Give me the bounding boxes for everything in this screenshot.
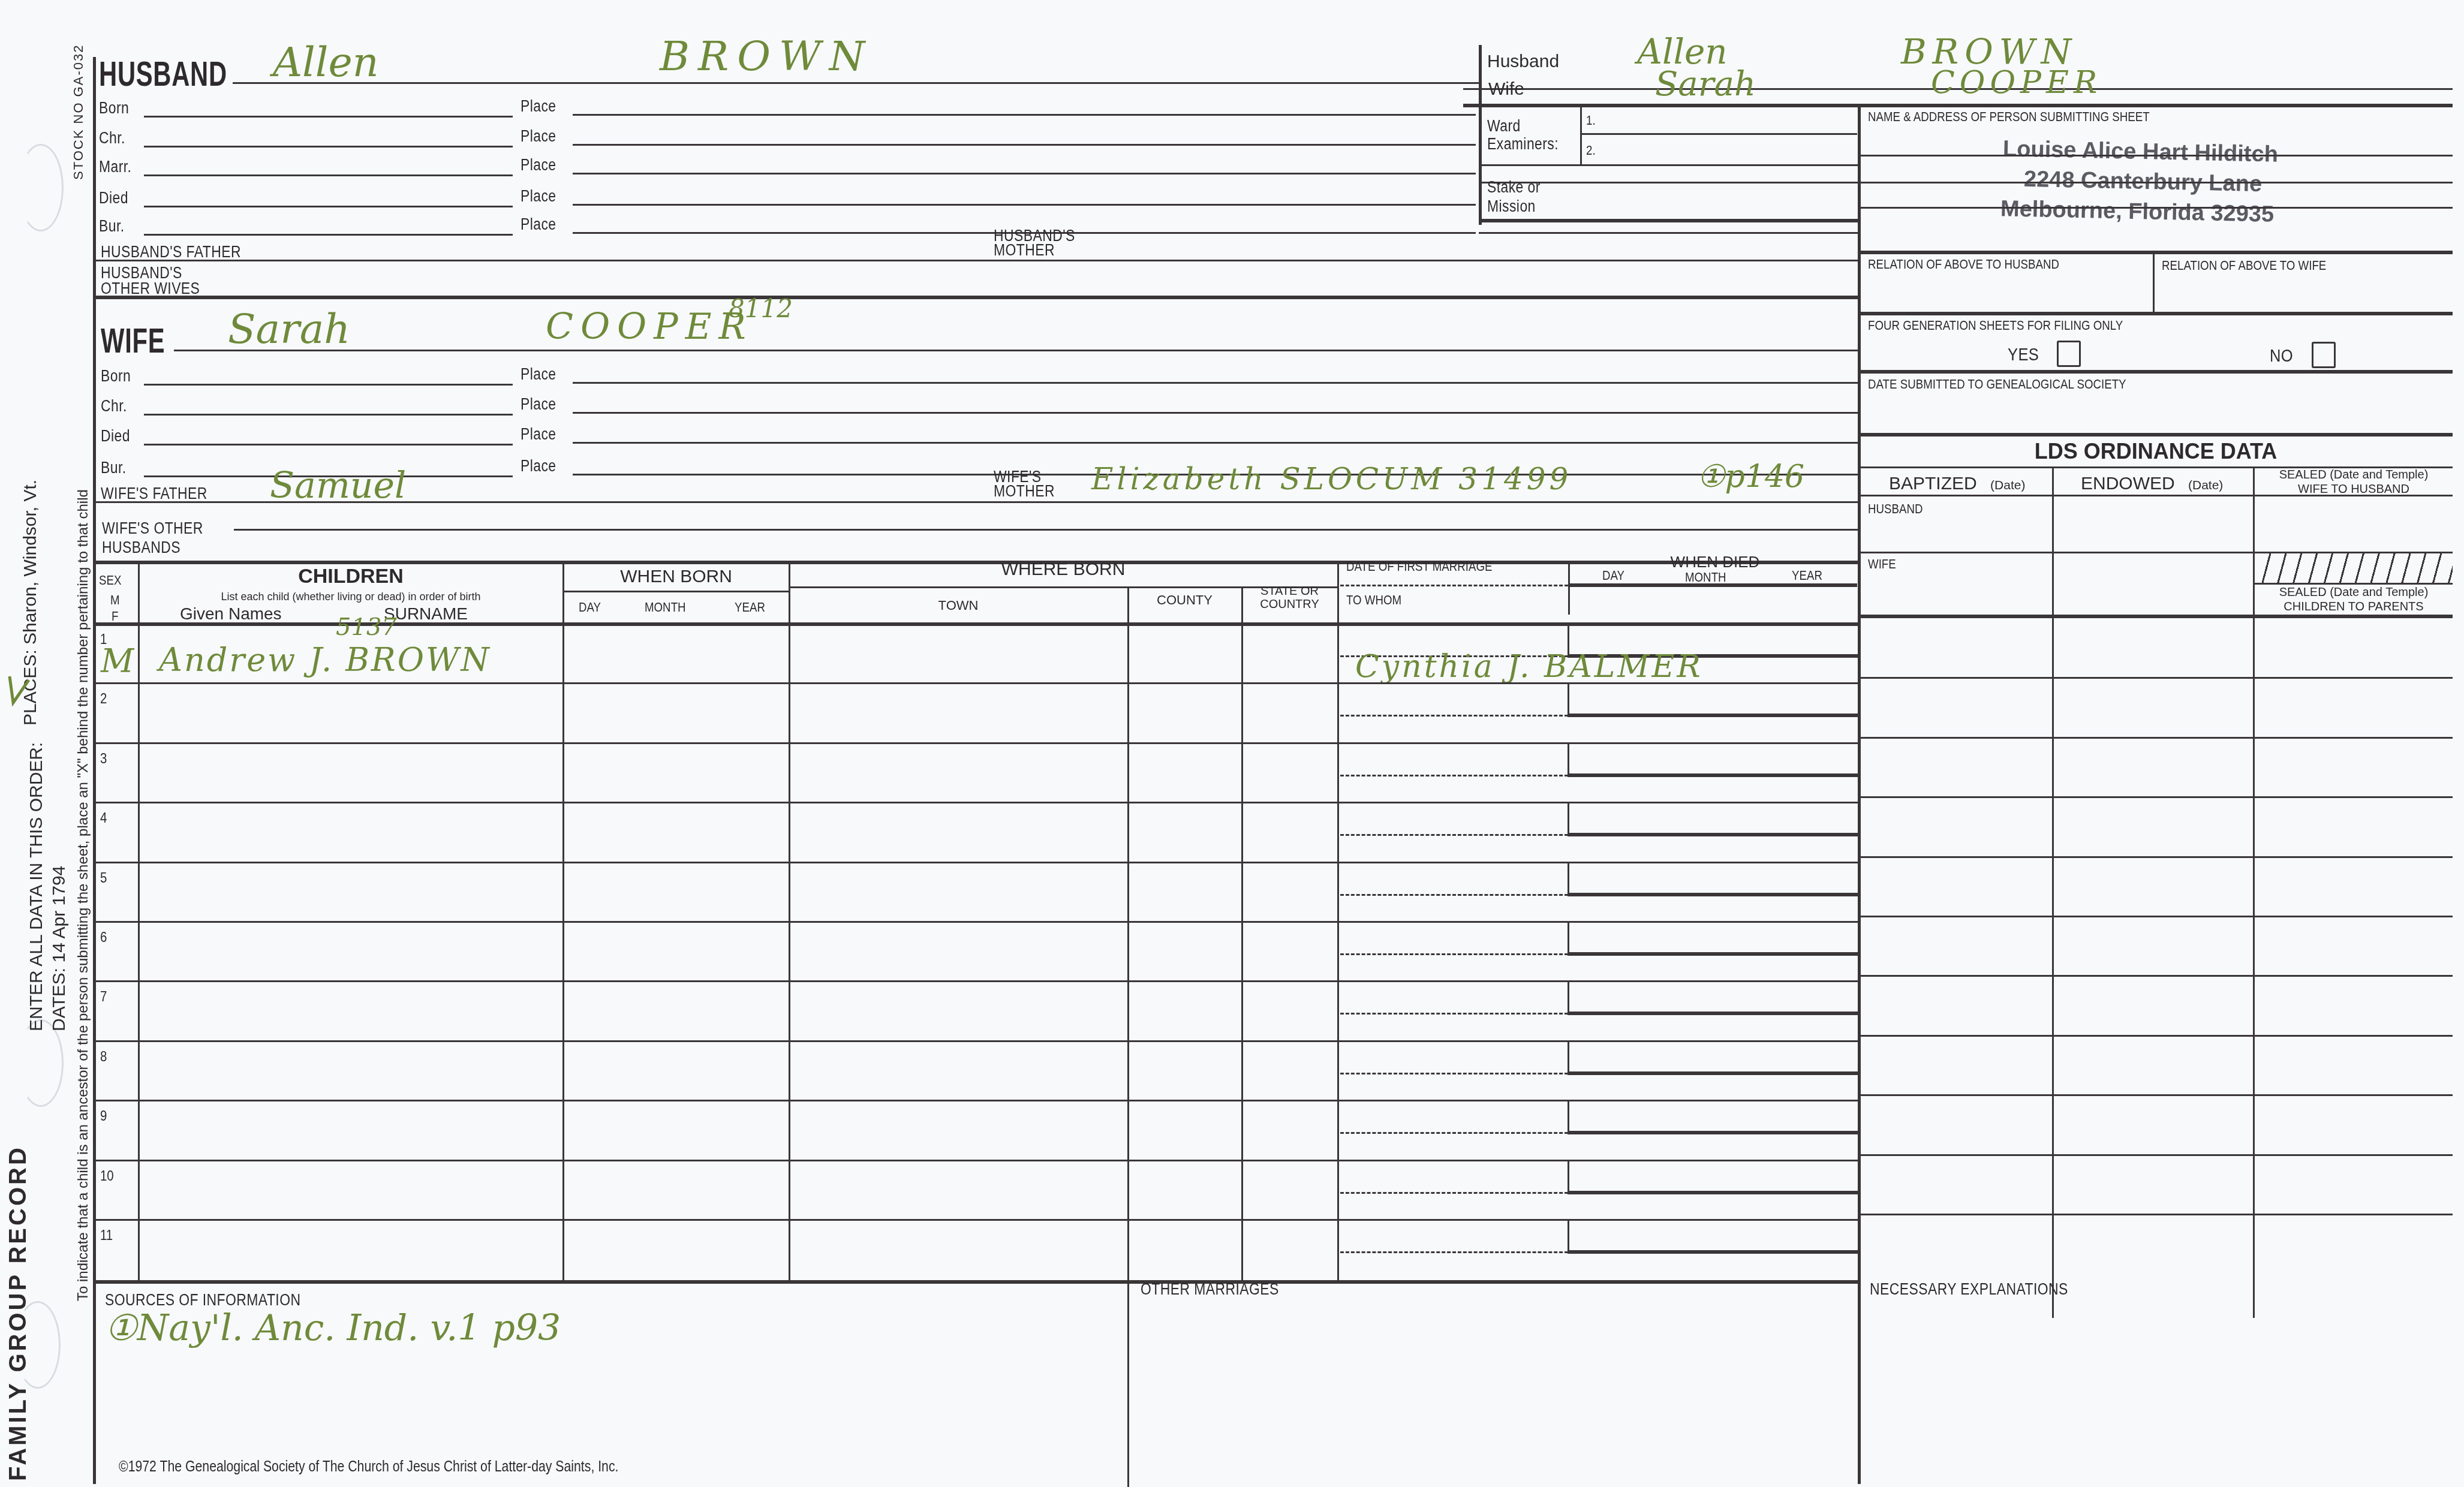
child-name-field[interactable] bbox=[141, 1041, 561, 1098]
child-birth-county-field[interactable] bbox=[1130, 1041, 1239, 1098]
husband-mother-label-2: MOTHER bbox=[994, 241, 1055, 260]
stake-line bbox=[1480, 164, 1858, 166]
child-death-date-field[interactable] bbox=[1571, 1101, 1856, 1130]
husband-event-label: Bur. bbox=[99, 217, 125, 236]
child-marriage-date-field[interactable] bbox=[1340, 684, 1565, 711]
child-birth-county-field[interactable] bbox=[1130, 743, 1239, 800]
no-checkbox[interactable] bbox=[2312, 342, 2336, 368]
wife-other-husbands-field[interactable] bbox=[237, 507, 1856, 555]
submitter-address-field[interactable]: Louise Alice Hart Hilditch 2248 Canterbu… bbox=[1865, 126, 2453, 258]
child-baptized-field[interactable] bbox=[1862, 679, 2049, 734]
husband-surname: BROWN bbox=[660, 33, 873, 80]
child-sex-field[interactable] bbox=[96, 761, 137, 797]
child-birth-date-field[interactable] bbox=[565, 922, 787, 979]
child-marriage-date-field[interactable] bbox=[1340, 1101, 1565, 1128]
husband-event-place-label: Place bbox=[521, 97, 556, 116]
child-sex-field[interactable] bbox=[96, 1179, 137, 1215]
child-birth-state-field[interactable] bbox=[1244, 863, 1335, 920]
child-birth-town-field[interactable] bbox=[792, 624, 1125, 681]
died-year-label: YEAR bbox=[1792, 568, 1822, 583]
child-birth-town-field[interactable] bbox=[792, 1041, 1125, 1098]
yes-label: YES bbox=[2008, 345, 2039, 365]
child-sealed-field[interactable] bbox=[2256, 918, 2450, 973]
child-marriage-date-field[interactable] bbox=[1340, 982, 1565, 1009]
child-baptized-field[interactable] bbox=[1862, 1037, 2049, 1092]
ancestor-instruction: To indicate that a child is an ancestor … bbox=[75, 288, 92, 1301]
child-death-date-field[interactable] bbox=[1571, 982, 1856, 1010]
child-sex-field[interactable]: M bbox=[96, 642, 137, 678]
wife-endowed-field[interactable] bbox=[2056, 554, 2250, 606]
husband-event-place-label: Place bbox=[521, 215, 556, 234]
child-marriage-date-field[interactable] bbox=[1340, 1220, 1565, 1247]
husband-event-place-field[interactable] bbox=[573, 152, 1476, 173]
explanations-label: NECESSARY EXPLANATIONS bbox=[1870, 1280, 2068, 1299]
relation-divider bbox=[2153, 252, 2155, 312]
child-name-field[interactable] bbox=[141, 1220, 561, 1277]
examiner-2-field[interactable] bbox=[1601, 136, 1853, 162]
state-label-1: STATE OR bbox=[1243, 585, 1336, 598]
child-birth-town-field[interactable] bbox=[792, 803, 1125, 860]
child-name-field[interactable] bbox=[141, 1101, 561, 1158]
no-label: NO bbox=[2270, 346, 2293, 366]
husband-event-label: Born bbox=[99, 99, 129, 118]
child-birth-town-field[interactable] bbox=[792, 684, 1125, 741]
stake-label-2: Mission bbox=[1487, 197, 1536, 216]
wife-event-date-field[interactable] bbox=[144, 392, 513, 414]
child-spouse-field[interactable] bbox=[1340, 1194, 1856, 1219]
child-baptized-field[interactable] bbox=[1862, 1097, 2049, 1151]
child-birth-state-field[interactable] bbox=[1244, 982, 1335, 1039]
child-row-line bbox=[96, 742, 1859, 744]
child-endowed-field[interactable] bbox=[2056, 739, 2250, 794]
husband-section-divider bbox=[93, 296, 1859, 299]
child-marriage-date-field[interactable] bbox=[1340, 1041, 1565, 1068]
sealed-children-label-1: SEALED (Date and Temple) bbox=[2255, 585, 2453, 600]
child-birth-state-field[interactable] bbox=[1244, 922, 1335, 979]
baptized-date-label: (Date) bbox=[1990, 478, 2025, 492]
sources-field[interactable]: ①Nay'l. Anc. Ind. v.1 p93 bbox=[99, 1304, 1118, 1466]
wife-mother-field[interactable]: Elizabeth SLOCUM 31499 ①p146 bbox=[1073, 456, 1853, 501]
child-birth-state-field[interactable] bbox=[1244, 684, 1335, 741]
sealed-children-label-2: CHILDREN TO PARENTS bbox=[2255, 600, 2453, 614]
child-row-line bbox=[96, 862, 1859, 863]
child-death-date-field[interactable] bbox=[1571, 684, 1856, 712]
child-sealed-field[interactable] bbox=[2256, 977, 2450, 1032]
husband-event-date-line bbox=[144, 116, 513, 118]
baptized-text: BAPTIZED bbox=[1889, 474, 1977, 493]
child-spouse-field[interactable] bbox=[1340, 1253, 1856, 1278]
child-spouse-field[interactable] bbox=[1340, 1134, 1856, 1159]
husband-event-place-field[interactable] bbox=[573, 123, 1476, 145]
husband-other-wives-field[interactable] bbox=[228, 264, 1847, 294]
child-birth-date-field[interactable] bbox=[565, 982, 787, 1039]
child-sealed-field[interactable] bbox=[2256, 620, 2450, 675]
wife-event-place-label: Place bbox=[521, 365, 556, 384]
lds-row-line bbox=[1859, 737, 2453, 739]
died-divider bbox=[1568, 684, 1569, 715]
relation-wife-field[interactable] bbox=[2159, 270, 2447, 312]
relation-husband-field[interactable] bbox=[1865, 270, 2147, 312]
given-names-label: Given Names bbox=[180, 604, 282, 624]
child-row-line bbox=[96, 1040, 1859, 1042]
explanations-field[interactable] bbox=[1865, 1301, 2453, 1475]
lds-row-line bbox=[1859, 677, 2453, 679]
child-row-line bbox=[96, 1100, 1859, 1101]
wife-event-label: Died bbox=[101, 427, 130, 446]
child-birth-state-field[interactable] bbox=[1244, 624, 1335, 681]
child-baptized-field[interactable] bbox=[1862, 859, 2049, 913]
examiner-divider bbox=[1580, 105, 1582, 165]
child-spouse-field[interactable] bbox=[1340, 1074, 1856, 1100]
child-birth-state-field[interactable] bbox=[1244, 1161, 1335, 1218]
stake-field[interactable] bbox=[1559, 168, 1853, 222]
wife-surname: COOPER bbox=[546, 306, 753, 348]
child-marriage-date-field[interactable] bbox=[1340, 1161, 1565, 1188]
child-marriage-date-field[interactable] bbox=[1340, 922, 1565, 949]
child-marriage-date-field[interactable] bbox=[1340, 863, 1565, 890]
header-wife-given: Sarah bbox=[1655, 65, 1756, 104]
wife-event-place-field[interactable] bbox=[573, 361, 1856, 383]
child-sex-field[interactable] bbox=[96, 702, 137, 738]
child-sealed-field[interactable] bbox=[2256, 1216, 2450, 1271]
wife-name-field[interactable]: Sarah COOPER 8112 bbox=[180, 300, 1853, 348]
child-spouse-field[interactable] bbox=[1340, 717, 1856, 742]
other-marriages-divider bbox=[1127, 1280, 1129, 1487]
four-gen-top-line bbox=[1859, 312, 2453, 315]
child-sealed-field[interactable] bbox=[2256, 1037, 2450, 1092]
submitter-line bbox=[1859, 155, 2453, 156]
child-endowed-field[interactable] bbox=[2056, 1037, 2250, 1092]
husband-event-date-field[interactable] bbox=[144, 184, 513, 206]
wife-heading: WIFE bbox=[101, 321, 165, 361]
header-wife-line bbox=[1463, 104, 2453, 107]
submitter-line bbox=[1859, 182, 2453, 183]
husband-event-place-field[interactable] bbox=[573, 93, 1476, 115]
child-endowed-field[interactable] bbox=[2056, 859, 2250, 913]
submitter-line bbox=[1859, 207, 2453, 209]
husband-baptized-field[interactable] bbox=[1862, 498, 2049, 550]
child-name-field[interactable]: Andrew J. BROWN5137 bbox=[141, 624, 561, 681]
wife-event-place-label: Place bbox=[521, 395, 556, 414]
child-sex-field[interactable] bbox=[96, 1238, 137, 1274]
wife-baptized-field[interactable] bbox=[1862, 554, 2049, 606]
checkmark-icon bbox=[5, 672, 32, 708]
child-sealed-field[interactable] bbox=[2256, 739, 2450, 794]
child-birth-town-field[interactable] bbox=[792, 1161, 1125, 1218]
died-col-divider bbox=[1568, 561, 1570, 615]
binder-hole bbox=[18, 144, 64, 231]
child-birth-date-field[interactable] bbox=[565, 1101, 787, 1158]
lds-row-line bbox=[1859, 796, 2453, 798]
child-birth-town-field[interactable] bbox=[792, 1101, 1125, 1158]
died-divider bbox=[1568, 1220, 1569, 1252]
husband-mother-field[interactable] bbox=[1079, 240, 1853, 259]
wife-event-date-line bbox=[144, 444, 513, 446]
submitter-line-3: Melbourne, Florida 32935 bbox=[2000, 196, 2275, 228]
child-birth-county-field[interactable] bbox=[1130, 1161, 1239, 1218]
wife-mother-note: ①p146 bbox=[1697, 459, 1804, 495]
husband-event-date-line bbox=[144, 206, 513, 207]
sealed-wife-label: SEALED (Date and Temple)WIFE TO HUSBAND bbox=[2255, 468, 2453, 496]
husband-name-field[interactable]: Allen BROWN bbox=[240, 36, 1469, 84]
child-endowed-field[interactable] bbox=[2056, 1157, 2250, 1211]
child-birth-date-field[interactable] bbox=[565, 743, 787, 800]
binder-hole bbox=[18, 1019, 64, 1107]
stock-number: STOCK NO GA-032 bbox=[71, 44, 86, 180]
child-birth-county-field[interactable] bbox=[1130, 1101, 1239, 1158]
child-id-number: 5137 bbox=[336, 613, 397, 641]
child-endowed-field[interactable] bbox=[2056, 1097, 2250, 1151]
child-baptized-field[interactable] bbox=[1862, 739, 2049, 794]
examiner-line bbox=[1581, 133, 1857, 135]
husband-event-date-line bbox=[144, 146, 513, 148]
died-divider bbox=[1568, 743, 1569, 775]
child-sex-field[interactable] bbox=[96, 1059, 137, 1095]
wife-name-line bbox=[174, 350, 1859, 351]
header-husband-label: Husband bbox=[1487, 52, 1559, 72]
child-row-line bbox=[96, 1160, 1859, 1161]
submitter-label: NAME & ADDRESS OF PERSON SUBMITTING SHEE… bbox=[1868, 109, 2150, 125]
child-birth-date-field[interactable] bbox=[565, 684, 787, 741]
husband-father-field[interactable] bbox=[276, 240, 989, 259]
child-sealed-field[interactable] bbox=[2256, 1097, 2450, 1151]
husband-event-date-field[interactable] bbox=[144, 124, 513, 146]
date-submitted-field[interactable] bbox=[1865, 393, 2447, 429]
child-birth-county-field[interactable] bbox=[1130, 624, 1239, 681]
husband-event-label: Died bbox=[99, 189, 128, 207]
husband-event-date-field[interactable] bbox=[144, 94, 513, 116]
wife-other-husbands-label-1: WIFE'S OTHER bbox=[102, 519, 203, 538]
wife-event-date-line bbox=[144, 414, 513, 416]
husband-event-date-line bbox=[144, 174, 513, 176]
child-birth-county-field[interactable] bbox=[1130, 1220, 1239, 1277]
hatch-bottom-line bbox=[2255, 583, 2453, 585]
child-sealed-field[interactable] bbox=[2256, 859, 2450, 913]
when-born-label: WHEN BORN bbox=[564, 567, 789, 587]
sources-text: ①Nay'l. Anc. Ind. v.1 p93 bbox=[105, 1307, 561, 1349]
child-birth-date-field[interactable] bbox=[565, 624, 787, 681]
child-row-line bbox=[96, 980, 1859, 982]
died-divider bbox=[1568, 803, 1569, 835]
child-endowed-field[interactable] bbox=[2056, 620, 2250, 675]
child-row-line bbox=[96, 921, 1859, 923]
wife-event-label: Chr. bbox=[101, 397, 127, 416]
child-birth-town-field[interactable] bbox=[792, 863, 1125, 920]
sex-m-label: M bbox=[110, 592, 120, 608]
examiner-1-label: 1. bbox=[1586, 113, 1596, 128]
child-sex-field[interactable] bbox=[96, 940, 137, 976]
wife-father-name: Samuel bbox=[270, 465, 406, 507]
child-death-date-field[interactable] bbox=[1571, 1161, 1856, 1190]
order-instruction: ENTER ALL DATA IN THIS ORDER: bbox=[26, 742, 47, 1031]
child-birth-state-field[interactable] bbox=[1244, 1220, 1335, 1277]
wife-event-place-field[interactable] bbox=[573, 391, 1856, 413]
child-sex-field[interactable] bbox=[96, 1000, 137, 1036]
wife-father-field[interactable]: Samuel bbox=[264, 462, 983, 504]
child-sealed-field[interactable] bbox=[2256, 799, 2450, 853]
child-spouse-field[interactable] bbox=[1340, 776, 1856, 802]
wife-event-place-field[interactable] bbox=[573, 421, 1856, 443]
husband-event-date-field[interactable] bbox=[144, 212, 513, 234]
child-birth-town-field[interactable] bbox=[792, 1220, 1125, 1277]
child-spouse-field[interactable] bbox=[1340, 896, 1856, 921]
child-name-field[interactable] bbox=[141, 743, 561, 800]
child-name: Andrew J. BROWN bbox=[159, 641, 491, 679]
county-label: COUNTY bbox=[1129, 592, 1240, 608]
lds-children-top-line bbox=[1859, 615, 2453, 618]
child-name-field[interactable] bbox=[141, 684, 561, 741]
sealed-wife-field[interactable] bbox=[2256, 498, 2450, 550]
first-marriage-label: DATE OF FIRST MARRIAGE bbox=[1346, 559, 1492, 574]
child-birth-county-field[interactable] bbox=[1130, 922, 1239, 979]
form-title: FAMILY GROUP RECORD bbox=[6, 1391, 30, 1481]
header-wife-label: Wife bbox=[1488, 79, 1524, 100]
child-row-line bbox=[96, 682, 1859, 684]
child-death-date-field[interactable] bbox=[1571, 922, 1856, 951]
child-death-date-field[interactable] bbox=[1571, 1041, 1856, 1070]
died-divider bbox=[1568, 863, 1569, 895]
child-spouse-field[interactable] bbox=[1340, 1015, 1856, 1040]
date-submitted-label: DATE SUBMITTED TO GENEALOGICAL SOCIETY bbox=[1868, 377, 2126, 392]
header-wife-surname: COOPER bbox=[1931, 65, 2102, 101]
child-birth-state-field[interactable] bbox=[1244, 743, 1335, 800]
child-spouse-field[interactable]: Cynthia J. BALMER bbox=[1340, 657, 1856, 682]
yes-checkbox[interactable] bbox=[2057, 341, 2081, 367]
child-birth-county-field[interactable] bbox=[1130, 982, 1239, 1039]
child-name-field[interactable] bbox=[141, 1161, 561, 1218]
child-sealed-field[interactable] bbox=[2256, 679, 2450, 734]
child-marriage-date-field[interactable] bbox=[1340, 624, 1565, 651]
lds-title: LDS ORDINANCE DATA bbox=[1859, 439, 2453, 464]
husband-event-date-field[interactable] bbox=[144, 153, 513, 174]
child-name-field[interactable] bbox=[141, 982, 561, 1039]
child-birth-date-field[interactable] bbox=[565, 1220, 787, 1277]
child-baptized-field[interactable] bbox=[1862, 977, 2049, 1032]
lds-row-line bbox=[1859, 856, 2453, 858]
died-divider bbox=[1568, 922, 1569, 954]
child-endowed-field[interactable] bbox=[2056, 918, 2250, 973]
lds-row-line bbox=[1859, 1154, 2453, 1156]
other-marriages-field[interactable] bbox=[1133, 1301, 1853, 1475]
state-label-2: COUNTRY bbox=[1243, 598, 1336, 611]
sealed-wife-label-1: SEALED (Date and Temple) bbox=[2255, 468, 2453, 482]
child-spouse-field[interactable] bbox=[1340, 836, 1856, 861]
child-death-date-field[interactable] bbox=[1571, 863, 1856, 892]
town-label: TOWN bbox=[790, 598, 1126, 613]
child-birth-town-field[interactable] bbox=[792, 743, 1125, 800]
child-baptized-field[interactable] bbox=[1862, 1216, 2049, 1271]
child-sealed-field[interactable] bbox=[2256, 1157, 2450, 1211]
child-birth-county-field[interactable] bbox=[1130, 863, 1239, 920]
wife-event-date-field[interactable] bbox=[144, 422, 513, 444]
lds-subheader-line bbox=[1859, 495, 2453, 496]
child-birth-state-field[interactable] bbox=[1244, 803, 1335, 860]
wife-mother-name: Elizabeth SLOCUM 31499 bbox=[1091, 462, 1572, 496]
child-name-field[interactable] bbox=[141, 922, 561, 979]
husband-event-place-field[interactable] bbox=[573, 183, 1476, 204]
child-birth-state-field[interactable] bbox=[1244, 1101, 1335, 1158]
stake-bottom-line bbox=[1480, 219, 1859, 222]
relation-top-line bbox=[1859, 251, 2453, 254]
child-baptized-field[interactable] bbox=[1862, 918, 2049, 973]
child-sex-field[interactable] bbox=[96, 1119, 137, 1155]
other-marriages-label: OTHER MARRIAGES bbox=[1141, 1280, 1279, 1299]
child-sex: M bbox=[101, 642, 134, 680]
child-endowed-field[interactable] bbox=[2056, 977, 2250, 1032]
child-birth-town-field[interactable] bbox=[792, 982, 1125, 1039]
child-endowed-field[interactable] bbox=[2056, 679, 2250, 734]
husband-endowed-field[interactable] bbox=[2056, 498, 2250, 550]
husband-given-name: Allen bbox=[273, 39, 379, 86]
child-baptized-field[interactable] bbox=[1862, 1157, 2049, 1211]
wife-mother-label-2: MOTHER bbox=[994, 482, 1055, 501]
children-label: CHILDREN bbox=[141, 565, 561, 588]
child-marriage-date-field[interactable] bbox=[1340, 743, 1565, 770]
child-birth-state-field[interactable] bbox=[1244, 1041, 1335, 1098]
child-baptized-field[interactable] bbox=[1862, 799, 2049, 853]
child-endowed-field[interactable] bbox=[2056, 799, 2250, 853]
child-row-line bbox=[96, 1219, 1859, 1221]
lds-row-line bbox=[1859, 1035, 2453, 1037]
child-birth-date-field[interactable] bbox=[565, 1161, 787, 1218]
endowed-label: ENDOWED (Date) bbox=[2081, 474, 2223, 494]
lds-row-line bbox=[1859, 1214, 2453, 1215]
dates-instruction: DATES: 14 Apr 1794 bbox=[49, 866, 70, 1031]
child-birth-date-field[interactable] bbox=[565, 803, 787, 860]
child-birth-county-field[interactable] bbox=[1130, 803, 1239, 860]
wife-event-date-field[interactable] bbox=[144, 362, 513, 384]
born-day-label: DAY bbox=[579, 600, 601, 615]
child-marriage-date-field[interactable] bbox=[1340, 803, 1565, 830]
lds-row-line bbox=[1859, 1094, 2453, 1096]
died-divider bbox=[1568, 982, 1569, 1013]
child-endowed-field[interactable] bbox=[2056, 1216, 2250, 1271]
born-year-label: YEAR bbox=[735, 600, 765, 615]
when-died-line bbox=[1569, 583, 1857, 587]
child-birth-town-field[interactable] bbox=[792, 922, 1125, 979]
sealed-children-label: SEALED (Date and Temple)CHILDREN TO PARE… bbox=[2255, 585, 2453, 614]
husband-event-place-label: Place bbox=[521, 127, 556, 146]
child-sex-field[interactable] bbox=[96, 821, 137, 857]
child-baptized-field[interactable] bbox=[1862, 620, 2049, 675]
child-birth-date-field[interactable] bbox=[565, 863, 787, 920]
first-marriage-dash bbox=[1340, 585, 1568, 586]
child-name-field[interactable] bbox=[141, 863, 561, 920]
examiner-1-field[interactable] bbox=[1601, 108, 1853, 132]
child-death-date-field[interactable] bbox=[1571, 743, 1856, 772]
ward-examiners-label-1: Ward bbox=[1487, 117, 1521, 136]
child-name-field[interactable] bbox=[141, 803, 561, 860]
husband-event-place-label: Place bbox=[521, 156, 556, 174]
child-birth-date-field[interactable] bbox=[565, 1041, 787, 1098]
child-row-line bbox=[96, 802, 1859, 803]
husband-event-label: Marr. bbox=[99, 158, 131, 176]
submitter-line-1: Louise Alice Hart Hilditch bbox=[2003, 136, 2279, 168]
sex-label: SEX bbox=[99, 573, 121, 588]
child-birth-county-field[interactable] bbox=[1130, 684, 1239, 741]
wife-given-name: Sarah bbox=[228, 306, 350, 353]
child-death-date-field[interactable] bbox=[1571, 803, 1856, 832]
hatched-area bbox=[2256, 553, 2453, 583]
child-sex-field[interactable] bbox=[96, 881, 137, 917]
child-death-date-field[interactable] bbox=[1571, 1220, 1856, 1249]
child-spouse-field[interactable] bbox=[1340, 955, 1856, 980]
child-spouse: Cynthia J. BALMER bbox=[1355, 649, 1703, 685]
row-line bbox=[1479, 232, 1858, 234]
husband-heading: HUSBAND bbox=[99, 54, 227, 94]
lds-row-line bbox=[1859, 975, 2453, 977]
state-label: STATE ORCOUNTRY bbox=[1243, 585, 1336, 611]
